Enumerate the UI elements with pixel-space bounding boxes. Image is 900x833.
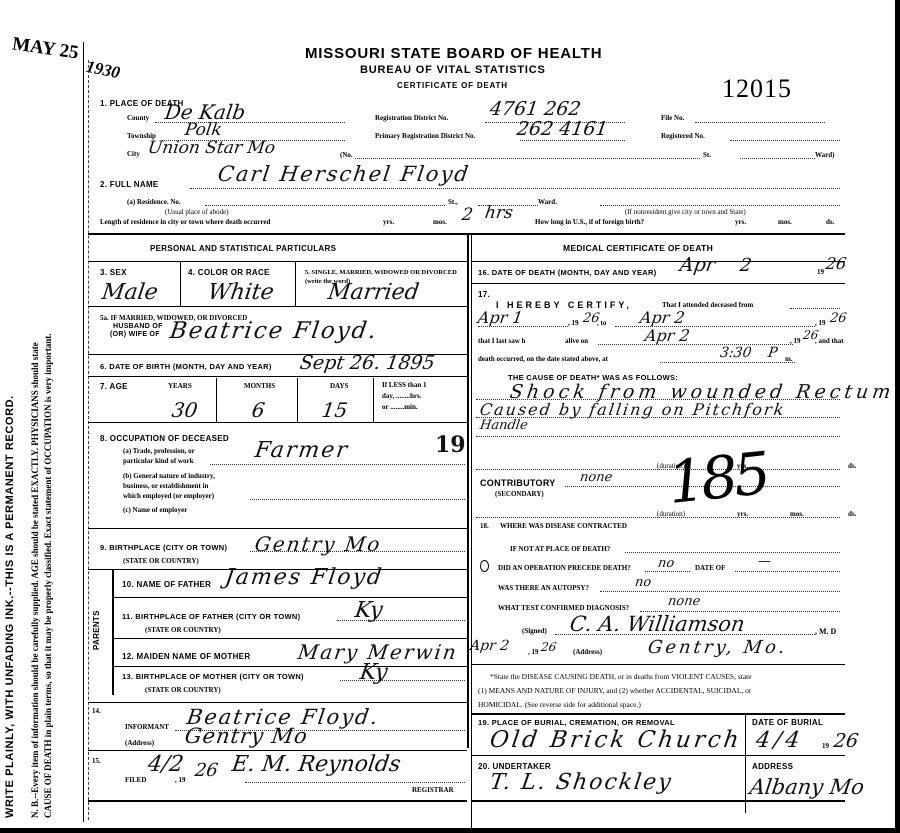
age-less-label-3: or ........min.	[382, 403, 418, 411]
filed-number: 15.	[92, 757, 101, 765]
contracted-label: WHERE WAS DISEASE CONTRACTED	[500, 522, 627, 530]
footnote-line-3: HOMICIDAL. (See reverse side for additio…	[478, 700, 641, 709]
primary-registration-label: Primary Registration District No.	[375, 132, 475, 140]
stamp-year: 1930	[84, 57, 121, 84]
age-years-value: 30	[170, 398, 199, 422]
cause-code: 185	[665, 443, 769, 513]
occupation-a-label-1: (a) Trade, profession, or	[123, 447, 195, 455]
dob-value: Sept 26. 1895	[298, 352, 436, 374]
rule-father-row	[112, 597, 467, 598]
scan-edge-right	[895, 0, 900, 833]
city-street-line	[355, 158, 700, 159]
age-days-label: DAYS	[330, 382, 348, 390]
rule-signed-row	[471, 664, 845, 665]
filed-year: 26	[194, 760, 220, 781]
length-yrs-label: yrs.	[383, 218, 394, 226]
registrar-line	[245, 782, 465, 783]
father-birthplace-value: Ky	[353, 598, 384, 623]
residence-ward-label: Ward.	[538, 198, 557, 206]
rule-occupation-row	[88, 528, 467, 529]
spouse-value: Beatrice Floyd.	[168, 318, 379, 344]
time-ampm: P	[767, 345, 779, 361]
full-name-label: 2. FULL NAME	[100, 180, 159, 189]
filed-year-prefix: , 19	[175, 776, 186, 784]
date-of-death-year-prefix: 19	[817, 268, 824, 276]
dob-label: 6. DATE OF BIRTH (MONTH, DAY AND YEAR)	[100, 362, 272, 371]
occurred-time-line	[660, 362, 795, 363]
rule-sex-race	[180, 262, 181, 306]
full-name-value: Carl Herschel Floyd	[216, 162, 471, 186]
column-divider	[467, 233, 469, 748]
foreign-yrs-label: yrs.	[735, 218, 746, 226]
residence-note: (Usual place of abode)	[165, 208, 229, 216]
time-of-death: 3:30	[719, 345, 753, 361]
operation-value: no	[657, 556, 675, 571]
registration-district-label: Registration District No.	[375, 114, 448, 122]
marital-value: Married	[326, 280, 420, 305]
signed-label: (Signed)	[522, 627, 547, 635]
age-label: 7. AGE	[100, 382, 128, 391]
column-divider-inner	[471, 233, 472, 828]
form-left-border-dashed	[88, 60, 89, 820]
age-less-label-2: day, ........hrs.	[382, 392, 421, 400]
county-label: County	[127, 114, 149, 122]
date-of-death-month: Apr	[678, 254, 716, 276]
rule-months-days	[297, 378, 298, 422]
nonresident-note: (If nonresident give city or town and St…	[625, 208, 746, 216]
registered-no-line	[730, 140, 840, 141]
occupation-value: Farmer	[253, 438, 350, 463]
date-of-death-year: 26	[825, 254, 848, 273]
informant-number: 14.	[92, 707, 101, 715]
attended-to: Apr 2	[639, 308, 686, 327]
duration-ds-label: ds.	[848, 462, 856, 470]
footnote-line-1: *State the DISEASE CAUSING DEATH, or in …	[490, 672, 752, 681]
residence-label: (a) Residence. No.	[127, 198, 181, 206]
informant-label: INFORMANT	[125, 723, 169, 731]
father-value: James Floyd	[223, 565, 385, 590]
date-of-death-label: 16. DATE OF DEATH (MONTH, DAY AND YEAR)	[478, 268, 657, 277]
birthplace-state-label: (STATE OR COUNTRY)	[123, 557, 199, 565]
physician-address-label: (Address)	[573, 648, 602, 656]
rule-filed-bottom	[88, 800, 467, 802]
burial-place-value: Old Brick Church	[488, 727, 743, 753]
attended-from: Apr 1	[477, 308, 524, 327]
rule-days-less	[373, 378, 374, 422]
parents-divider	[112, 569, 114, 695]
secondary-label: (SECONDARY)	[495, 490, 544, 498]
occupation-b-label-2: business, or establishment in	[123, 482, 208, 490]
occupation-c-label: (c) Name of employer	[123, 506, 187, 514]
occupation-b-line	[250, 499, 465, 500]
rule-personal-header	[88, 261, 467, 262]
foreign-birth-label: How long in U.S., if of foreign birth?	[535, 218, 644, 226]
age-years-label: YEARS	[168, 382, 192, 390]
rule-sex-row	[88, 306, 467, 307]
time-m-label: m.	[785, 355, 793, 363]
residence-st-label: St.,	[448, 198, 458, 206]
autopsy-line	[600, 591, 840, 592]
age-less-label-1: If LESS than 1	[382, 381, 427, 389]
occupation-b-label-1: (b) General nature of industry,	[123, 472, 215, 480]
burial-place-label: 19. PLACE OF BURIAL, CREMATION, OR REMOV…	[478, 718, 675, 727]
stamp-date: MAY 25	[11, 33, 80, 63]
rule-mother-row	[112, 666, 467, 667]
not-place-label: IF NOT AT PLACE OF DEATH?	[510, 545, 610, 553]
attended-to-year-prefix: , 19	[815, 319, 826, 327]
attended-from-year-prefix: , 19	[568, 319, 579, 327]
burial-date-label: DATE OF BURIAL	[752, 718, 823, 727]
birthplace-value: Gentry Mo	[253, 532, 383, 556]
rule-footnote-bottom	[471, 713, 845, 715]
test-label: WHAT TEST CONFIRMED DIAGNOSIS?	[498, 604, 629, 612]
mother-label: 12. MAIDEN NAME OF MOTHER	[122, 652, 250, 661]
primary-registration-value: 262 4161	[515, 118, 609, 140]
form-name: CERTIFICATE OF DEATH	[397, 81, 508, 90]
date-of-death-day: 2	[739, 255, 753, 276]
rule-burial-row	[471, 755, 845, 756]
rule-medical-header	[471, 261, 845, 262]
sex-label: 3. SEX	[100, 268, 127, 277]
medical-section-title: MEDICAL CERTIFICATE OF DEATH	[563, 243, 713, 253]
age-days-value: 15	[320, 398, 349, 422]
margin-instruction-cause: CAUSE OF DEATH in plain terms, so that i…	[43, 334, 53, 818]
operation-date-label: DATE OF	[695, 564, 725, 572]
birthplace-label: 9. BIRTHPLACE (CITY OR TOWN)	[100, 543, 227, 552]
contributory-label: CONTRIBUTORY	[480, 478, 556, 488]
last-saw-date: Apr 2	[644, 326, 691, 345]
residence-line	[205, 205, 445, 206]
city-no-label: (No.	[340, 151, 353, 159]
rule-father-bp-row	[112, 638, 467, 639]
city-ward-line	[740, 158, 815, 159]
rule-informant-row	[88, 750, 467, 751]
certify-from-line	[790, 308, 840, 309]
father-birthplace-label: 11. BIRTHPLACE OF FATHER (CITY OR TOWN)	[122, 612, 300, 621]
operation-label: DID AN OPERATION PRECEDE DEATH?	[498, 564, 631, 572]
occupation-label: 8. OCCUPATION OF DECEASED	[100, 434, 229, 443]
spouse-label-3: (OR) WIFE OF	[110, 331, 160, 338]
mother-birthplace-state-label: (STATE OR COUNTRY)	[145, 686, 221, 694]
city-value: Union Star Mo	[147, 138, 277, 158]
race-value: White	[206, 280, 275, 305]
contracted-number: 18.	[480, 522, 489, 530]
registered-no-label: Registered No.	[661, 132, 705, 140]
city-label: City	[127, 150, 140, 158]
age-months-label: MONTHS	[244, 382, 275, 390]
registration-district-value: 4761 262	[488, 98, 582, 120]
file-no-line	[695, 122, 825, 123]
rule-parents-bottom	[88, 702, 467, 703]
father-birthplace-state-label: (STATE OR COUNTRY)	[145, 626, 221, 634]
foreign-mos-label: mos.	[778, 218, 792, 226]
occupation-b-label-3: which employed (or employer)	[123, 492, 214, 500]
file-no-label: File No.	[661, 114, 684, 122]
rule-race-marital	[295, 262, 296, 306]
rule-years-months	[216, 378, 217, 422]
occupation-code: 19	[435, 432, 466, 458]
last-saw-label: that I last saw h	[478, 337, 525, 345]
scan-edge-bottom	[0, 828, 900, 833]
md-label: , M. D	[815, 627, 836, 636]
form-left-border	[83, 42, 84, 822]
operation-line	[645, 571, 690, 572]
city-ward-label: Ward)	[815, 151, 834, 159]
undertaker-address-value: Albany Mo	[748, 775, 865, 799]
certificate-number: 12015	[722, 74, 792, 104]
parents-label: PARENTS	[92, 610, 101, 650]
length-mos-label: mos.	[433, 218, 447, 226]
city-st-label: St.	[703, 151, 711, 159]
operation-date-line	[735, 571, 840, 572]
contributory-ds-label: ds.	[848, 510, 856, 518]
attended-from-line	[478, 326, 568, 327]
age-months-value: 6	[250, 398, 266, 422]
registrar-signature: E. M. Reynolds	[230, 752, 402, 777]
residence-city-line	[600, 205, 840, 206]
attended-to-label: , to	[597, 319, 606, 327]
signed-year: 26	[540, 640, 557, 654]
contributory-yrs-label: yrs.	[737, 510, 748, 518]
physician-signature: C. A. Williamson	[568, 612, 746, 636]
attended-to-year: 26	[829, 311, 848, 326]
mother-birthplace-label: 13. BIRTHPLACE OF MOTHER (CITY OR TOWN)	[122, 672, 304, 681]
personal-section-title: PERSONAL AND STATISTICAL PARTICULARS	[150, 244, 336, 253]
foreign-ds-label: ds.	[826, 218, 834, 226]
page-title: MISSOURI STATE BOARD OF HEALTH	[305, 45, 602, 62]
informant-address-value: Gentry Mo	[183, 724, 309, 748]
undertaker-value: T. L. Shockley	[488, 770, 674, 795]
full-name-line	[190, 188, 840, 189]
mother-birthplace-value: Ky	[358, 660, 389, 685]
spouse-label-2: HUSBAND OF	[113, 323, 163, 330]
contributory-value: none	[579, 470, 613, 485]
rule-dob-row	[88, 376, 467, 377]
signed-year-prefix: , 19	[528, 648, 539, 656]
last-saw-year-prefix: , 19	[790, 337, 801, 345]
rule-dod-row	[471, 283, 845, 284]
autopsy-label: WAS THERE AN AUTOPSY?	[498, 584, 589, 592]
and-that-label: , and that	[815, 337, 844, 345]
last-saw-line	[598, 344, 793, 345]
undertaker-address-label: ADDRESS	[752, 762, 793, 771]
informant-address-label: (Address)	[125, 739, 154, 747]
cause-line-3-rule	[476, 436, 840, 437]
alive-on-label: alive on	[565, 337, 588, 345]
signed-date: Apr 2	[469, 638, 510, 654]
contributory-duration-label: (duration)	[657, 510, 685, 518]
filed-date: 4/2	[146, 752, 185, 777]
burial-year-prefix: 19	[822, 742, 829, 750]
footnote-line-2: (1) MEANS AND NATURE OF INJURY, and (2) …	[478, 686, 751, 695]
operation-circle-mark	[480, 560, 489, 572]
received-stamp: MAY 25	[11, 33, 80, 64]
operation-date-value: —	[757, 554, 772, 569]
test-value: none	[667, 594, 701, 609]
filed-label: FILED	[125, 776, 146, 784]
race-label: 4. COLOR OR RACE	[188, 268, 270, 277]
page-subtitle: BUREAU OF VITAL STATISTICS	[360, 64, 546, 76]
cause-line-3: Handle	[479, 418, 529, 433]
certify-number: 17.	[478, 290, 490, 299]
rule-burial-divider	[745, 713, 746, 813]
occupation-a-label-2: particular kind of work	[123, 457, 193, 465]
occupation-a-line	[210, 464, 465, 465]
burial-year: 26	[832, 730, 859, 752]
length-value: 2	[461, 205, 475, 225]
township-value: Polk	[184, 120, 224, 140]
burial-date-value: 4/4	[754, 728, 805, 753]
sex-value: Male	[100, 280, 159, 305]
contributory-mos-label: mos.	[790, 510, 804, 518]
margin-instruction-nb: N. B.--Every item of information should …	[30, 342, 40, 818]
cause-line-2-rule	[476, 417, 840, 418]
primary-registration-line	[520, 140, 625, 141]
rule-burial-bottom	[471, 800, 845, 802]
margin-instruction-ink: WRITE PLAINLY, WITH UNFADING INK.--THIS …	[4, 395, 16, 818]
not-place-line	[625, 552, 840, 553]
registrar-label: REGISTRAR	[412, 786, 454, 794]
length-value-unit: hrs	[484, 203, 515, 223]
rule-age-row	[88, 422, 467, 423]
autopsy-value: no	[634, 575, 652, 590]
length-of-residence-label: Length of residence in city or town wher…	[100, 218, 270, 226]
occurred-label: death occurred, on the date stated above…	[478, 355, 608, 363]
physician-address: Gentry, Mo.	[647, 637, 789, 658]
father-label: 10. NAME OF FATHER	[122, 580, 211, 589]
